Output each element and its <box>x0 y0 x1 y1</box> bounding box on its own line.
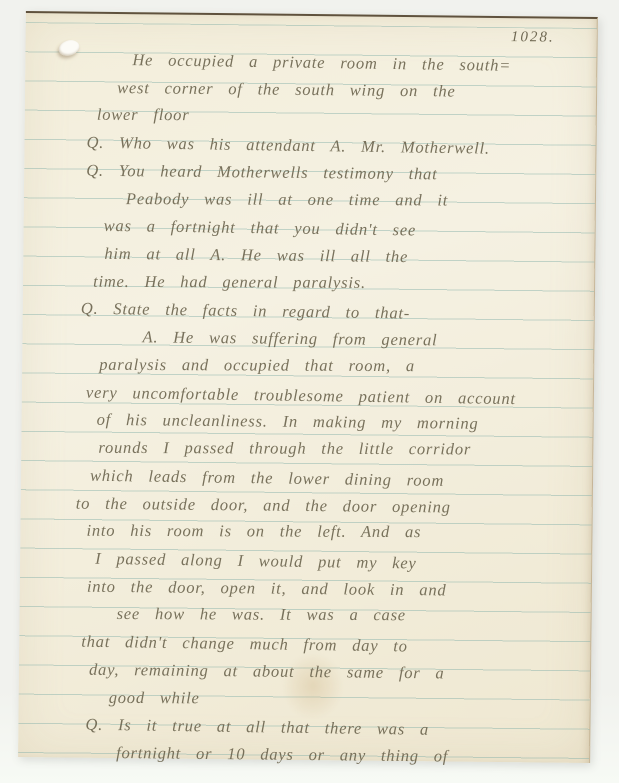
manuscript-line: into his room is on the left. And as <box>86 517 587 547</box>
manuscript-lines: He occupied a private room in the south=… <box>18 45 593 772</box>
page-number: 1028. <box>511 29 555 46</box>
manuscript-page: 1028. He occupied a private room in the … <box>18 11 598 763</box>
manuscript-line: see how he was. It was a case <box>117 600 587 630</box>
manuscript-line: rounds I passed through the little corri… <box>98 434 588 464</box>
manuscript-line: fortnight or 10 days or any thing of <box>116 739 585 772</box>
manuscript-line: paralysis and occupied that room, a <box>99 351 589 381</box>
manuscript-line: good while <box>109 683 586 713</box>
manuscript-line: Peabody was ill at one time and it <box>126 185 591 215</box>
manuscript-line: lower floor <box>97 101 592 131</box>
manuscript-line: time. He had general paralysis. <box>93 267 590 297</box>
scanned-document-view: 1028. He occupied a private room in the … <box>0 0 619 783</box>
